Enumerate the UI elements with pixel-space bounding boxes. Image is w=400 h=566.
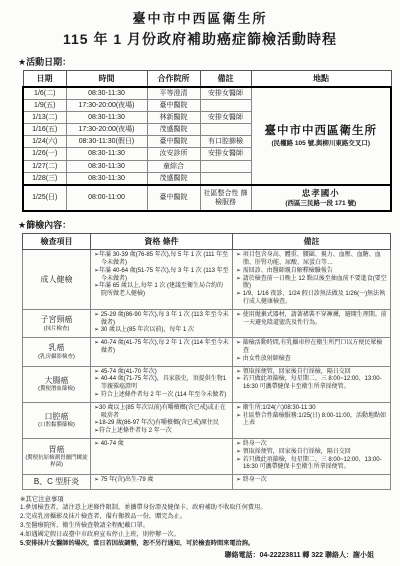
criteria-cell: ➢年滿 30-39 歲(76-85 年次),每 5 年 1 次 (111 年至今…: [91, 250, 233, 310]
screening-table: 檢查項目資格 條件備註 成人健檢➢年滿 30-39 歲(76-85 年次),每 …: [22, 233, 391, 490]
schedule-header-row: 日期時間合作院所備註地點: [23, 71, 391, 88]
criteria-item: ➢年滿 40-64 歲(51-75 年次),每 3 年 1 次 (113 年至今…: [94, 268, 229, 284]
exam-item-subname: (乳房攝影檢查): [24, 354, 89, 361]
criteria-cell: ➢ 45-74 歲(41-70 年次)➢ 40-44 歲(71-75 年次)，具…: [91, 366, 233, 402]
document-page: 臺中市中西區衛生所 115 年 1 月份政府補助癌症篩檢活動時程 ★活動日期： …: [0, 0, 400, 561]
footer-note: 1.參加檢查者，請注意上述條件限制，並攜帶身份證及健保卡，政府補助不收取任何費用…: [20, 504, 390, 513]
exam-item-name: 口腔癌: [24, 412, 89, 422]
date-cell: 1/28(三): [23, 172, 66, 185]
note-cell: [200, 160, 251, 172]
note-cell: 有口腔篩檢: [200, 136, 251, 148]
notes-cell: ➢ 使用拋棄式器材，請著裙裝不穿褲襪，避開生理期。前一天避免陰道盥洗及性行為。: [233, 309, 391, 337]
criteria-cell: ➢ 40-74 歲: [91, 438, 233, 474]
contact-info: 聯絡電話：04-22223811 轉 322 聯絡人：謝小姐: [20, 551, 390, 561]
criteria-item: ➢ 25-29 歲(86-90 年次),每 3 年 1 次 (113 年至今未做…: [94, 312, 229, 328]
notes-cell: ➢ 終身一次➢ 領取採便管，回家後自行採檢，隔日交回➢ 若只做此項篩檢，每星期二…: [233, 438, 391, 474]
screening-column-header: 檢查項目: [23, 234, 91, 250]
footer-note-list: 1.參加檢查者，請注意上述條件限制，並攜帶身份證及健保卡，政府補助不收取任何費用…: [20, 504, 390, 549]
schedule-column-header: 日期: [23, 71, 66, 88]
time-cell: 08:00-11:00: [66, 185, 147, 211]
notes-cell: ➢ 領取採便管，回家後自行採檢，隔日交回➢ 若只做此項篩檢，每星期二、三 8:0…: [233, 366, 391, 402]
schedule-special-row: 1/25(日)08:00-11:00臺中醫院社區整合性 篩檢服務忠孝國小(西區三…: [23, 185, 391, 211]
footer-heading: ※其它注意事項: [20, 495, 390, 504]
note-cell: 社區整合性 篩檢服務: [200, 185, 251, 211]
location-name: 臺中市中西區衛生所: [252, 124, 391, 139]
note-item: ➢ 1/9、1/16 夜診、1/24 假日診無法做及 1/26(一)無法執行成人…: [236, 291, 387, 307]
exam-item-cell: 大腸癌(糞便潛血篩檢): [23, 366, 91, 402]
exam-item-cell: B、C 型肝炎: [23, 475, 91, 490]
footer-note: 5.安排抹片女醫師的場次，當日若因故調整，恕不另行通知，可於檢查時間來電洽詢。: [20, 540, 390, 549]
criteria-item: ➢ 30 歲以上(85 年次以前)，每年 1 次: [94, 327, 229, 335]
footer-note: 4.如遇國定假日或臺中市政府宣布停止上班，則停辦一次。: [20, 531, 390, 540]
date-cell: 1/13(二): [23, 112, 66, 124]
criteria-item: ➢符合上述條件者每 2 年一次: [94, 428, 229, 436]
note-item: ➢ 衛生所:1/24(六)08:30-11:30: [236, 405, 387, 413]
hospital-cell: 茂盛醫院: [147, 172, 200, 185]
note-item: ➢ 使用拋棄式器材，請著裙裝不穿褲襪，避開生理期。前一天避免陰道盥洗及性行為。: [236, 312, 387, 328]
note-item: ➢ 社區整合性篩檢服務:1/25(日) 8:00-11:00，活動地點如上表: [236, 413, 387, 429]
screening-body: 成人健檢➢年滿 30-39 歲(76-85 年次),每 5 年 1 次 (111…: [23, 250, 391, 490]
exam-item-subname: (抹片檢查): [24, 326, 89, 333]
criteria-item: ➢ 符合上述條件者每 2 年一次 (114 年至今未做者): [94, 392, 229, 400]
note-item: ➢ 領取採便管，回家後自行採檢，隔日交回: [236, 449, 387, 457]
footer-note: 2.完成乳房攝影及抹片檢查者，備有衛教品一份，贈完為止。: [20, 513, 390, 522]
hospital-cell: 臺中醫院: [147, 100, 200, 112]
screening-row: B、C 型肝炎➢ 75 年(含)出生-79 歲➢ 終身一次: [23, 475, 391, 490]
exam-item-cell: 胃癌(糞便抗原檢測胃幽門螺旋桿菌): [23, 438, 91, 474]
time-cell: 08:30-11:30: [66, 172, 147, 185]
criteria-item: ➢ 40-44 歲(71-75 年次)，具家族史，須提供生物1等親罹癌證明: [94, 376, 229, 392]
criteria-item: ➢ 40-74 歲(41-75 年次),每 2 年 1 次 (114 年至今未做…: [94, 340, 229, 356]
screening-row: 乳癌(乳房攝影檢查)➢ 40-74 歲(41-75 年次),每 2 年 1 次 …: [23, 338, 391, 366]
note-item: ➢ 篩檢活動時間,有乳攝車停在衛生所門口以方便民眾檢查: [236, 340, 387, 356]
date-cell: 1/16(五): [23, 124, 66, 136]
note-item: ➢ 需回診、由醫師親自解釋檢驗報告: [236, 268, 387, 276]
screening-section-heading: ★篩檢內容：: [18, 218, 390, 231]
hospital-cell: 平等澄清: [147, 87, 200, 100]
note-cell: 安排女醫師: [200, 87, 251, 100]
notes-cell: ➢ 項目包含身高、體重、腰圍、視力、血壓、血糖、血脂、肝腎功能、尿酸、尿蛋白等……: [233, 250, 391, 310]
criteria-item: ➢ 75 年(含)出生-79 歲: [94, 477, 229, 485]
location-address: (民權路 105 號,與柳川東路交叉口): [252, 140, 391, 148]
page-subtitle: 115 年 1 月份政府補助癌症篩檢活動時程: [10, 29, 390, 49]
criteria-item: ➢ 40-74 歲: [94, 441, 229, 449]
exam-item-cell: 乳癌(乳房攝影檢查): [23, 338, 91, 366]
screening-header-row: 檢查項目資格 條件備註: [23, 234, 391, 250]
schedule-column-header: 地點: [251, 71, 391, 88]
criteria-cell: ➢ 25-29 歲(86-90 年次),每 3 年 1 次 (113 年至今未做…: [91, 309, 233, 337]
page-title: 臺中市中西區衛生所: [10, 8, 390, 27]
exam-item-name: 成人健檢: [24, 275, 89, 285]
screening-row: 胃癌(糞便抗原檢測胃幽門螺旋桿菌)➢ 40-74 歲➢ 終身一次➢ 領取採便管，…: [23, 438, 391, 474]
exam-item-subname: (糞便抗原檢測胃幽門螺旋桿菌): [24, 455, 89, 468]
schedule-section-heading: ★活動日期：: [18, 55, 390, 68]
criteria-item: ➢年滿 65 歲以上,每年 1 次 (建議至衛生局合約的院所做老人健檢): [94, 283, 229, 299]
time-cell: 17:30-20:00(夜場): [66, 124, 147, 136]
criteria-item: ➢18-29 歲(86-97 年次)有嚼檳榔(含已戒)原住民: [94, 420, 229, 428]
date-cell: 1/27(二): [23, 160, 66, 172]
time-cell: 08:30-11:30: [66, 160, 147, 172]
note-item: ➢ 終身一次: [236, 441, 387, 449]
note-cell: [200, 124, 251, 136]
exam-item-cell: 成人健檢: [23, 250, 91, 310]
schedule-column-header: 備註: [200, 71, 251, 88]
note-cell: [200, 100, 251, 112]
exam-item-name: 胃癌: [24, 445, 89, 455]
note-item: ➢ 終身一次: [236, 477, 387, 485]
exam-item-cell: 子宮頸癌(抹片檢查): [23, 309, 91, 337]
exam-item-cell: 口腔癌(口腔黏膜篩檢): [23, 402, 91, 438]
note-item: ➢ 若只做此項篩檢，每星期二、三 8:00~12:00、13:00-16:30 …: [236, 376, 387, 392]
date-cell: 1/6(二): [23, 87, 66, 100]
location-cell: 忠孝國小(西區三民路一段 171 號): [251, 185, 391, 211]
screening-row: 口腔癌(口腔黏膜篩檢)➢30 歲以上(85 年次以前)有嚼檳榔(含已戒)或正在吸…: [23, 402, 391, 438]
hospital-cell: 茂盛醫院: [147, 124, 200, 136]
date-cell: 1/25(日): [23, 185, 66, 211]
time-cell: 17:30-20:00(夜場): [66, 100, 147, 112]
hospital-cell: 臺中醫院: [147, 185, 200, 211]
note-item: ➢ 項目包含身高、體重、腰圍、視力、血壓、血糖、血脂、肝腎功能、尿酸、尿蛋白等…: [236, 252, 387, 268]
note-item: ➢ 由女性放射師檢查: [236, 356, 387, 364]
hospital-cell: 林新醫院: [147, 112, 200, 124]
exam-item-name: B、C 型肝炎: [24, 477, 89, 487]
time-cell: 08:30-11:30: [66, 148, 147, 160]
note-cell: 安排女醫師: [200, 148, 251, 160]
criteria-item: ➢年滿 30-39 歲(76-85 年次),每 5 年 1 次 (111 年至今…: [94, 252, 229, 268]
exam-item-name: 大腸癌: [24, 376, 89, 386]
screening-row: 子宮頸癌(抹片檢查)➢ 25-29 歲(86-90 年次),每 3 年 1 次 …: [23, 309, 391, 337]
exam-item-subname: (口腔黏膜篩檢): [24, 422, 89, 429]
location-name: 忠孝國小: [252, 188, 391, 199]
schedule-column-header: 時間: [66, 71, 147, 88]
footer-notes: ※其它注意事項 1.參加檢查者，請注意上述條件限制，並攜帶身份證及健保卡，政府補…: [20, 495, 390, 561]
schedule-body: 1/6(二)08:30-11:30平等澄清安排女醫師臺中市中西區衛生所(民權路 …: [23, 87, 391, 211]
schedule-column-header: 合作院所: [147, 71, 200, 88]
date-cell: 1/24(六): [23, 136, 66, 148]
screening-row: 大腸癌(糞便潛血篩檢)➢ 45-74 歲(41-70 年次)➢ 40-44 歲(…: [23, 366, 391, 402]
date-cell: 1/26(一): [23, 148, 66, 160]
location-cell: 臺中市中西區衛生所(民權路 105 號,與柳川東路交叉口): [251, 87, 391, 185]
time-cell: 08:30-11:30: [66, 87, 147, 100]
criteria-cell: ➢ 75 年(含)出生-79 歲: [91, 475, 233, 490]
hospital-cell: 汝安診所: [147, 148, 200, 160]
criteria-item: ➢30 歲以上(85 年次以前)有嚼檳榔(含已戒)或正在吸菸者: [94, 405, 229, 421]
time-cell: 08:30-11:30: [66, 112, 147, 124]
hospital-cell: 臺中醫院: [147, 136, 200, 148]
screening-row: 成人健檢➢年滿 30-39 歲(76-85 年次),每 5 年 1 次 (111…: [23, 250, 391, 310]
schedule-table: 日期時間合作院所備註地點 1/6(二)08:30-11:30平等澄清安排女醫師臺…: [22, 70, 392, 212]
criteria-cell: ➢ 40-74 歲(41-75 年次),每 2 年 1 次 (114 年至今未做…: [91, 338, 233, 366]
location-address: (西區三民路一段 171 號): [252, 200, 391, 208]
screening-column-header: 資格 條件: [91, 234, 233, 250]
notes-cell: ➢ 篩檢活動時間,有乳攝車停在衛生所門口以方便民眾檢查➢ 由女性放射師檢查: [233, 338, 391, 366]
schedule-row: 1/6(二)08:30-11:30平等澄清安排女醫師臺中市中西區衛生所(民權路 …: [23, 87, 391, 100]
screening-column-header: 備註: [233, 234, 391, 250]
hospital-cell: 童綜合: [147, 160, 200, 172]
notes-cell: ➢ 衛生所:1/24(六)08:30-11:30➢ 社區整合性篩檢服務:1/25…: [233, 402, 391, 438]
notes-cell: ➢ 終身一次: [233, 475, 391, 490]
criteria-cell: ➢30 歲以上(85 年次以前)有嚼檳榔(含已戒)或正在吸菸者➢18-29 歲(…: [91, 402, 233, 438]
exam-item-name: 乳癌: [24, 343, 89, 353]
note-cell: 安排女醫師: [200, 112, 251, 124]
date-cell: 1/9(五): [23, 100, 66, 112]
note-item: ➢ 若只做此項篩檢，每星期二、三 8:00~12:00、13:00-16:30 …: [236, 457, 387, 473]
note-item: ➢ 請於檢查前一日晚上 12 點以後至抽血前不要進食(要空腹): [236, 276, 387, 292]
exam-item-subname: (糞便潛血篩檢): [24, 386, 89, 393]
time-cell: 08:30-11:30(假日): [66, 136, 147, 148]
footer-note: 3.至醫療院所、衛生所檢查敬請全程配戴口罩。: [20, 522, 390, 531]
note-cell: [200, 172, 251, 185]
exam-item-name: 子宮頸癌: [24, 315, 89, 325]
